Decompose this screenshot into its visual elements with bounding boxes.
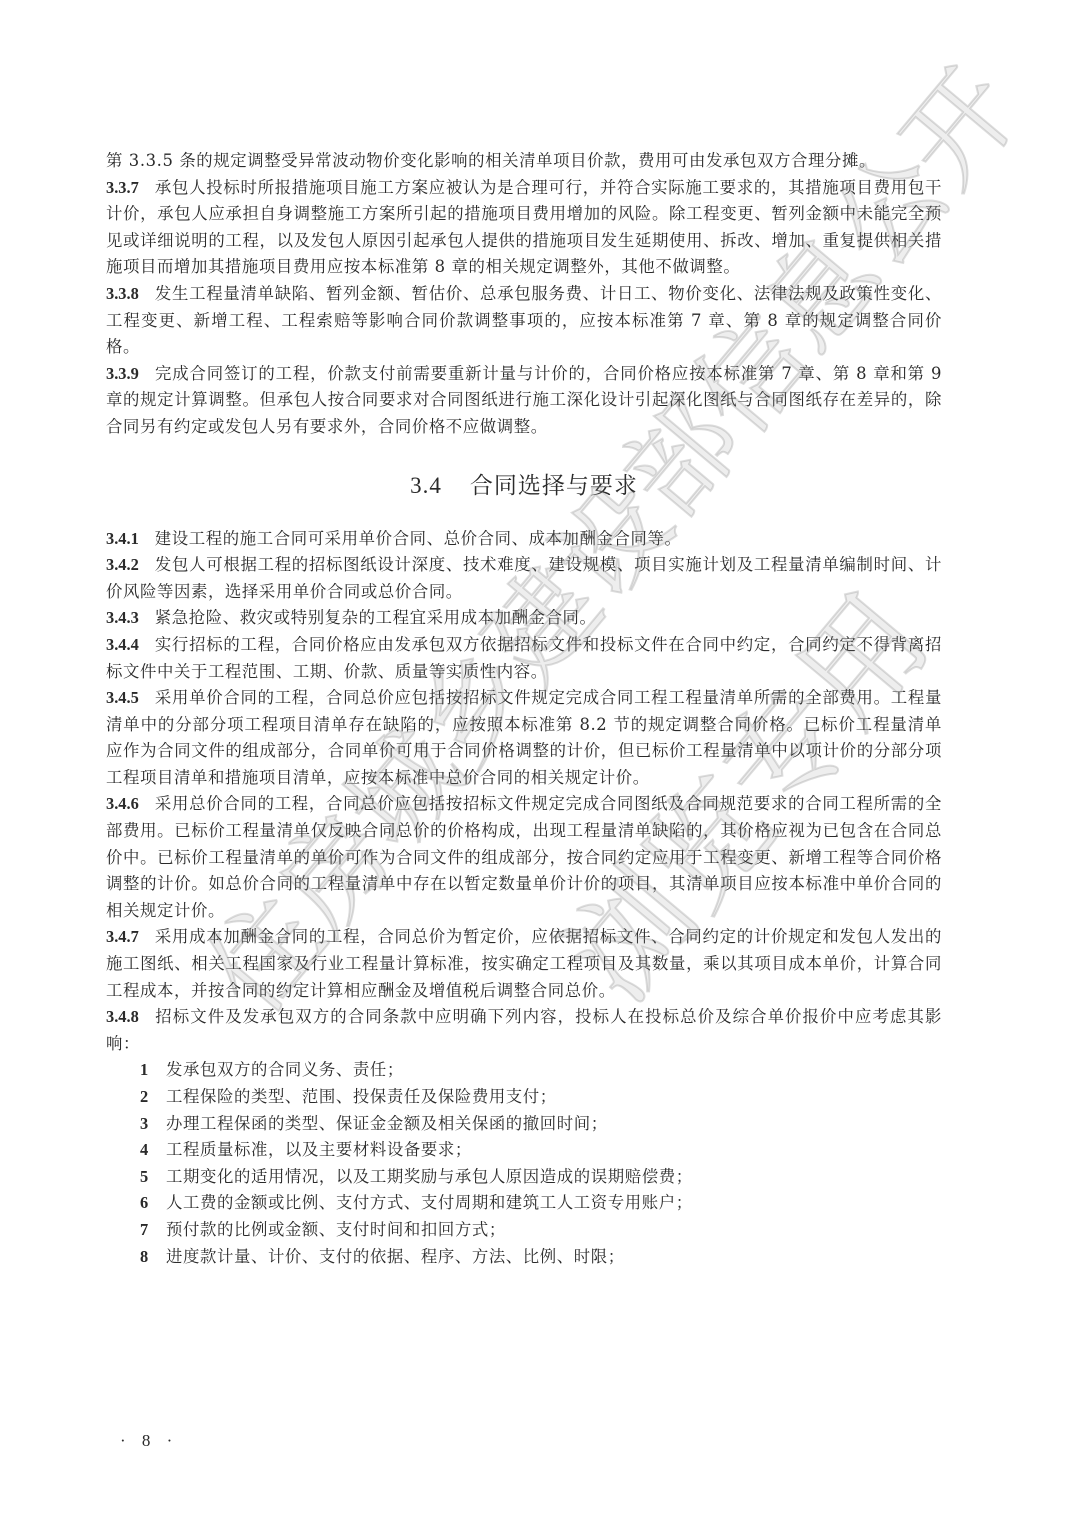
clause-text: 紧急抢险、救灾或特别复杂的工程宜采用成本加酬金合同。	[155, 608, 597, 627]
requirements-list: 1发承包双方的合同义务、责任； 2工程保险的类型、范围、投保责任及保险费用支付；…	[106, 1057, 942, 1270]
list-item-number: 3	[140, 1111, 166, 1138]
clause-3-3-7: 3.3.7承包人投标时所报措施项目施工方案应被认为是合理可行，并符合实际施工要求…	[106, 175, 942, 281]
clause-text: 采用成本加酬金合同的工程，合同总价为暂定价，应依据招标文件、合同约定的计价规定和…	[106, 927, 942, 999]
clause-number: 3.4.7	[106, 927, 139, 946]
list-item-number: 1	[140, 1057, 166, 1084]
paragraph-continuation: 第 3.3.5 条的规定调整受异常波动物价变化影响的相关清单项目价款，费用可由发…	[106, 148, 942, 175]
clause-number: 3.3.8	[106, 284, 139, 303]
list-item-text: 办理工程保函的类型、保证金金额及相关保函的撤回时间；	[166, 1114, 608, 1133]
list-item-text: 发承包双方的合同义务、责任；	[166, 1060, 404, 1079]
list-item: 2工程保险的类型、范围、投保责任及保险费用支付；	[106, 1084, 942, 1111]
document-page: 第 3.3.5 条的规定调整受异常波动物价变化影响的相关清单项目价款，费用可由发…	[0, 0, 1080, 1529]
list-item-text: 工程保险的类型、范围、投保责任及保险费用支付；	[166, 1087, 557, 1106]
list-item-number: 5	[140, 1164, 166, 1191]
clause-number: 3.4.1	[106, 529, 139, 548]
list-item-text: 进度款计量、计价、支付的依据、程序、方法、比例、时限；	[166, 1247, 625, 1266]
clause-3-4-8: 3.4.8招标文件及发承包双方的合同条款中应明确下列内容，投标人在投标总价及综合…	[106, 1004, 942, 1057]
section-title: 合同选择与要求	[470, 473, 638, 499]
section-number: 3.4	[410, 473, 442, 498]
clause-text: 采用单价合同的工程，合同总价应包括按招标文件规定完成合同工程工程量清单所需的全部…	[106, 688, 942, 787]
clause-text: 采用总价合同的工程，合同总价应包括按招标文件规定完成合同图纸及合同规范要求的合同…	[106, 794, 942, 919]
clause-3-3-9: 3.3.9完成合同签订的工程，价款支付前需要重新计量与计价的，合同价格应按本标准…	[106, 361, 942, 441]
clause-text: 发生工程量清单缺陷、暂列金额、暂估价、总承包服务费、计日工、物价变化、法律法规及…	[106, 284, 942, 356]
clause-number: 3.4.4	[106, 635, 139, 654]
clause-text: 建设工程的施工合同可采用单价合同、总价合同、成本加酬金合同等。	[155, 529, 682, 548]
list-item: 7预付款的比例或金额、支付时间和扣回方式；	[106, 1217, 942, 1244]
clause-number: 3.4.2	[106, 555, 139, 574]
list-item-text: 人工费的金额或比例、支付方式、支付周期和建筑工人工资专用账户；	[166, 1193, 693, 1212]
list-item: 1发承包双方的合同义务、责任；	[106, 1057, 942, 1084]
list-item-text: 工期变化的适用情况，以及工期奖励与承包人原因造成的误期赔偿费；	[166, 1167, 693, 1186]
list-item-number: 6	[140, 1190, 166, 1217]
paragraph-text: 第 3.3.5 条的规定调整受异常波动物价变化影响的相关清单项目价款，费用可由发…	[106, 151, 876, 170]
clause-text: 发包人可根据工程的招标图纸设计深度、技术难度、建设规模、项目实施计划及工程量清单…	[106, 555, 942, 601]
clause-3-4-7: 3.4.7采用成本加酬金合同的工程，合同总价为暂定价，应依据招标文件、合同约定的…	[106, 924, 942, 1004]
clause-number: 3.4.5	[106, 688, 139, 707]
page-content: 第 3.3.5 条的规定调整受异常波动物价变化影响的相关清单项目价款，费用可由发…	[106, 148, 942, 1270]
section-heading: 3.4合同选择与要求	[106, 467, 942, 500]
clause-text: 招标文件及发承包双方的合同条款中应明确下列内容，投标人在投标总价及综合单价报价中…	[106, 1007, 942, 1053]
list-item-number: 2	[140, 1084, 166, 1111]
clause-3-4-5: 3.4.5采用单价合同的工程，合同总价应包括按招标文件规定完成合同工程工程量清单…	[106, 685, 942, 791]
clause-3-4-2: 3.4.2发包人可根据工程的招标图纸设计深度、技术难度、建设规模、项目实施计划及…	[106, 552, 942, 605]
clause-number: 3.4.8	[106, 1007, 139, 1026]
clause-text: 承包人投标时所报措施项目施工方案应被认为是合理可行，并符合实际施工要求的，其措施…	[106, 178, 942, 277]
page-number: · 8 ·	[120, 1431, 178, 1451]
list-item-text: 工程质量标准，以及主要材料设备要求；	[166, 1140, 472, 1159]
clause-number: 3.4.6	[106, 794, 139, 813]
list-item: 4工程质量标准，以及主要材料设备要求；	[106, 1137, 942, 1164]
clause-number: 3.3.9	[106, 364, 139, 383]
list-item: 3办理工程保函的类型、保证金金额及相关保函的撤回时间；	[106, 1111, 942, 1138]
clause-text: 完成合同签订的工程，价款支付前需要重新计量与计价的，合同价格应按本标准第 7 章…	[106, 364, 942, 436]
list-item: 5工期变化的适用情况，以及工期奖励与承包人原因造成的误期赔偿费；	[106, 1164, 942, 1191]
list-item-number: 8	[140, 1244, 166, 1271]
clause-text: 实行招标的工程，合同价格应由发承包双方依据招标文件和投标文件在合同中约定，合同约…	[106, 635, 942, 681]
clause-3-4-6: 3.4.6采用总价合同的工程，合同总价应包括按招标文件规定完成合同图纸及合同规范…	[106, 791, 942, 924]
list-item: 8进度款计量、计价、支付的依据、程序、方法、比例、时限；	[106, 1244, 942, 1271]
list-item: 6人工费的金额或比例、支付方式、支付周期和建筑工人工资专用账户；	[106, 1190, 942, 1217]
list-item-text: 预付款的比例或金额、支付时间和扣回方式；	[166, 1220, 506, 1239]
clause-number: 3.3.7	[106, 178, 139, 197]
clause-3-3-8: 3.3.8发生工程量清单缺陷、暂列金额、暂估价、总承包服务费、计日工、物价变化、…	[106, 281, 942, 361]
clause-3-4-1: 3.4.1建设工程的施工合同可采用单价合同、总价合同、成本加酬金合同等。	[106, 526, 942, 553]
clause-number: 3.4.3	[106, 608, 139, 627]
list-item-number: 7	[140, 1217, 166, 1244]
list-item-number: 4	[140, 1137, 166, 1164]
clause-3-4-4: 3.4.4实行招标的工程，合同价格应由发承包双方依据招标文件和投标文件在合同中约…	[106, 632, 942, 685]
clause-3-4-3: 3.4.3紧急抢险、救灾或特别复杂的工程宜采用成本加酬金合同。	[106, 605, 942, 632]
